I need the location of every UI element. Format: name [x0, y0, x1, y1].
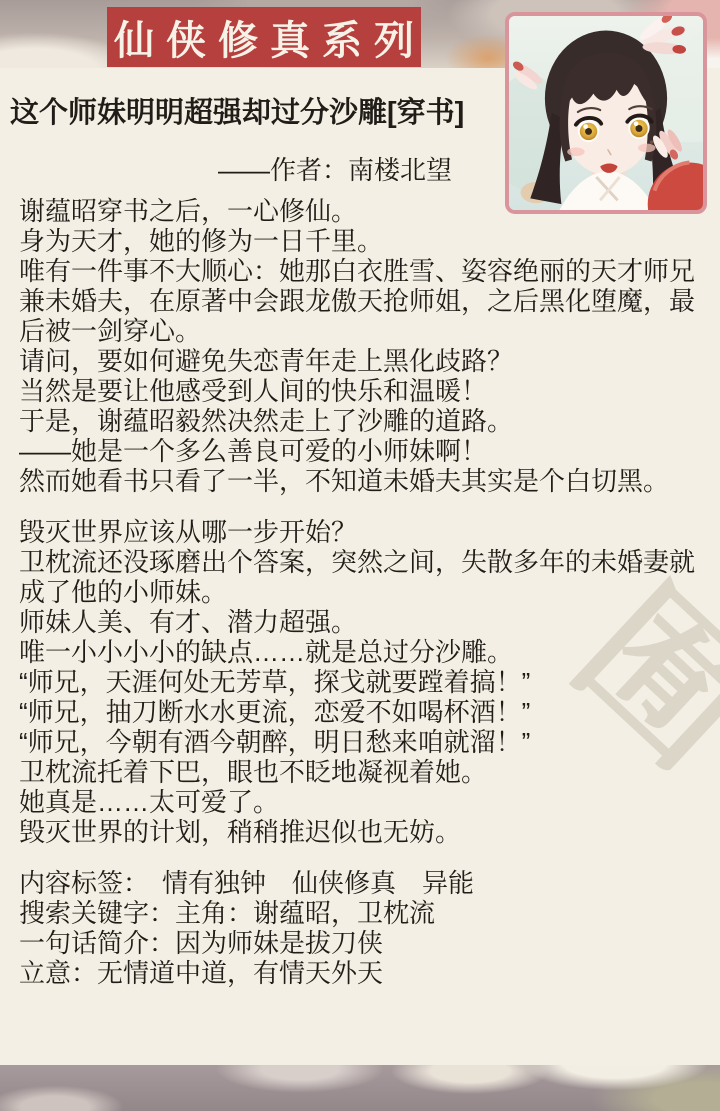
book-title: 这个师妹明明超强却过分沙雕[穿书]	[10, 90, 510, 131]
promo-page: 仙侠修真系列	[0, 0, 720, 1111]
meta-info: 内容标签： 情有独钟 仙侠修真 异能 搜索关键字：主角：谢蕴昭，卫枕流 一句话简…	[19, 868, 711, 988]
synopsis: 谢蕴昭穿书之后，一心修仙。 身为天才，她的修为一日千里。 唯有一件事不大顺心：她…	[19, 196, 711, 1009]
synopsis-paragraph-1: 谢蕴昭穿书之后，一心修仙。 身为天才，她的修为一日千里。 唯有一件事不大顺心：她…	[19, 196, 711, 496]
cover-art	[505, 12, 707, 214]
girl-portrait-illustration	[509, 16, 703, 210]
author-byline: ——作者：南楼北望	[218, 150, 452, 187]
series-banner-label: 仙侠修真系列	[114, 9, 426, 66]
synopsis-paragraph-2: 毁灭世界应该从哪一步开始？ 卫枕流还没琢磨出个答案，突然之间，失散多年的未婚妻就…	[19, 517, 711, 847]
series-banner: 仙侠修真系列	[107, 7, 421, 67]
bottom-clouds-decoration	[0, 1065, 720, 1111]
